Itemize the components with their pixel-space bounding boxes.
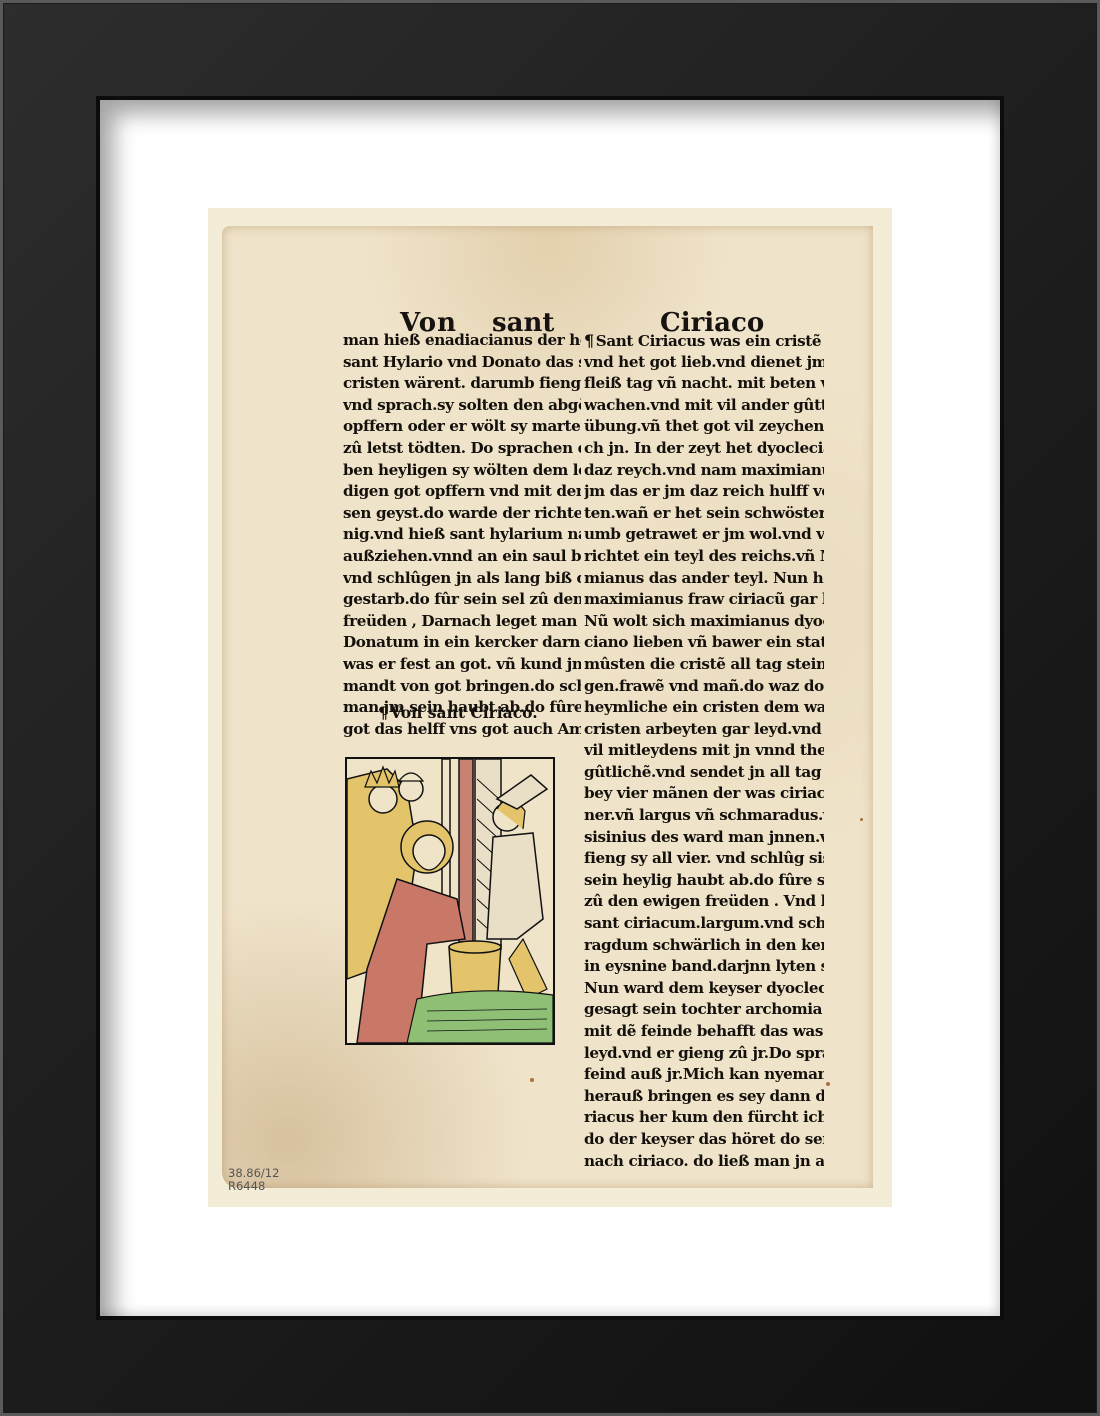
- text-line: leyd.vnd er gieng zû jr.Do sprach d: [584, 1043, 824, 1065]
- text-line: gen.frawẽ vnd mañ.do waz dorso: [584, 676, 824, 698]
- pilcrow-icon: ¶: [584, 330, 594, 352]
- text-line: ciano lieben vñ bawer ein statt.do: [584, 632, 824, 654]
- text-line: cristen wärent. darumb fieng er sy: [343, 373, 581, 395]
- text-line: außziehen.vnnd an ein saul binden: [343, 546, 581, 568]
- section-subheading: ¶Von sant Ciriaco.: [378, 703, 538, 722]
- text-line: daz reych.vnd nam maximianũ zû: [584, 460, 824, 482]
- text-line: do der keyser das höret do sendet er: [584, 1129, 824, 1151]
- text-line: vnd sprach.sy solten den abgöttern: [343, 395, 581, 417]
- text-line: umb getrawet er jm wol.vnd ver-: [584, 524, 824, 546]
- text-line: zû den ewigen freüden . Vnd leget: [584, 891, 824, 913]
- right-text-column: ¶Sant Ciriacus was ein cristẽ vnd het go…: [584, 330, 824, 1172]
- text-line: gûtlichẽ.vnd sendet jn all tag speiß: [584, 762, 824, 784]
- text-line: vnd het got lieb.vnd dienet jm mit: [584, 352, 824, 374]
- catalog-line-2: R6448: [228, 1180, 279, 1193]
- text-line: bey vier mãnen der was ciriacus ei: [584, 783, 824, 805]
- text-line: vnd schlûgen jn als lang biß daz er: [343, 568, 581, 590]
- text-line: sant ciriacum.largum.vnd schma-: [584, 913, 824, 935]
- text-line: mianus das ander teyl. Nun hett: [584, 568, 824, 590]
- text-line: Nun ward dem keyser dyocleciano: [584, 978, 824, 1000]
- text-line: ¶Sant Ciriacus was ein cristẽ: [584, 330, 824, 352]
- text-line: Nũ wolt sich maximianus dyocle-: [584, 611, 824, 633]
- text-line: ragdum schwärlich in den kercker: [584, 935, 824, 957]
- text-line: sen geyst.do warde der richter zor-: [343, 503, 581, 525]
- text-line: gestarb.do fûr sein sel zû den ewigẽ: [343, 589, 581, 611]
- text-line: richtet ein teyl des reichs.vñ Maxi: [584, 546, 824, 568]
- text-line: heymliche ein cristen dem was der: [584, 697, 824, 719]
- text-line: digen got opffern vnd mit dem bö-: [343, 481, 581, 503]
- text-line: ner.vñ largus vñ schmaradus.vñ: [584, 805, 824, 827]
- text-line: cristen arbeyten gar leyd.vnd hett: [584, 719, 824, 741]
- text-line: sisinius des ward man jnnen.vnd: [584, 827, 824, 849]
- text-line: fleiß tag vñ nacht. mit beten vastẽ: [584, 373, 824, 395]
- text-line: ch jn. In der zeyt het dyoclecianus: [584, 438, 824, 460]
- text-line: fieng sy all vier. vnd schlûg sisinio: [584, 848, 824, 870]
- text-line: jm das er jm daz reich hulff verrich: [584, 481, 824, 503]
- text-line: mûsten die cristẽ all tag stein zû tra: [584, 654, 824, 676]
- text-line: vil mitleydens mit jn vnnd thet jn: [584, 740, 824, 762]
- text-line: ben heyligen sy wölten dem leben-: [343, 460, 581, 482]
- text-line: maximianus fraw ciriacũ gar lieb: [584, 589, 824, 611]
- text-line: sein heylig haubt ab.do fûre sein sel: [584, 870, 824, 892]
- text-line: was er fest an got. vñ kund jn nye: [343, 654, 581, 676]
- text-line: mandt von got bringen.do schlûg: [343, 676, 581, 698]
- catalog-number-note: 38.86/12 R6448: [228, 1167, 279, 1193]
- text-line: Donatum in ein kercker darnocht: [343, 632, 581, 654]
- text-line: riacus her kum den fürcht ich übel: [584, 1107, 824, 1129]
- text-line: herauß bringen es sey dann das ci-: [584, 1086, 824, 1108]
- pilcrow-icon: ¶: [378, 703, 388, 722]
- text-line: zû letst tödten. Do sprachen die lie-: [343, 438, 581, 460]
- left-text-column: man hieß enadiacianus der hôt võ sant Hy…: [343, 330, 581, 740]
- woodcut-illustration: [345, 757, 555, 1045]
- text-line: nach ciriaco. do ließ man jn auß dẽ: [584, 1151, 824, 1173]
- text-line: in eysnine band.darjnn lyten sy vil: [584, 956, 824, 978]
- foxing-spot: [860, 818, 863, 821]
- text-line: freüden , Darnach leget man sant: [343, 611, 581, 633]
- subheading-text: Von sant Ciriaco.: [390, 703, 537, 722]
- foxing-spot: [826, 1082, 830, 1086]
- text-line: gesagt sein tochter archomia wär: [584, 999, 824, 1021]
- text-line: wachen.vnd mit vil ander gûtter: [584, 395, 824, 417]
- foxing-spot: [530, 1078, 534, 1082]
- text-line: nig.vnd hieß sant hylarium nacket: [343, 524, 581, 546]
- text-line: opffern oder er wölt sy martern.vñ: [343, 416, 581, 438]
- woodcut-image: [347, 759, 553, 1043]
- text-line: ten.wañ er het sein schwöster dar-: [584, 503, 824, 525]
- text-line: sant Hylario vnd Donato das sy: [343, 352, 581, 374]
- text-line: mit dẽ feinde behafft das was jm: [584, 1021, 824, 1043]
- text-line: übung.vñ thet got vil zeychen dur: [584, 416, 824, 438]
- text-line: feind auß jr.Mich kan nyemandt: [584, 1064, 824, 1086]
- text-line: man hieß enadiacianus der hôt võ: [343, 330, 581, 352]
